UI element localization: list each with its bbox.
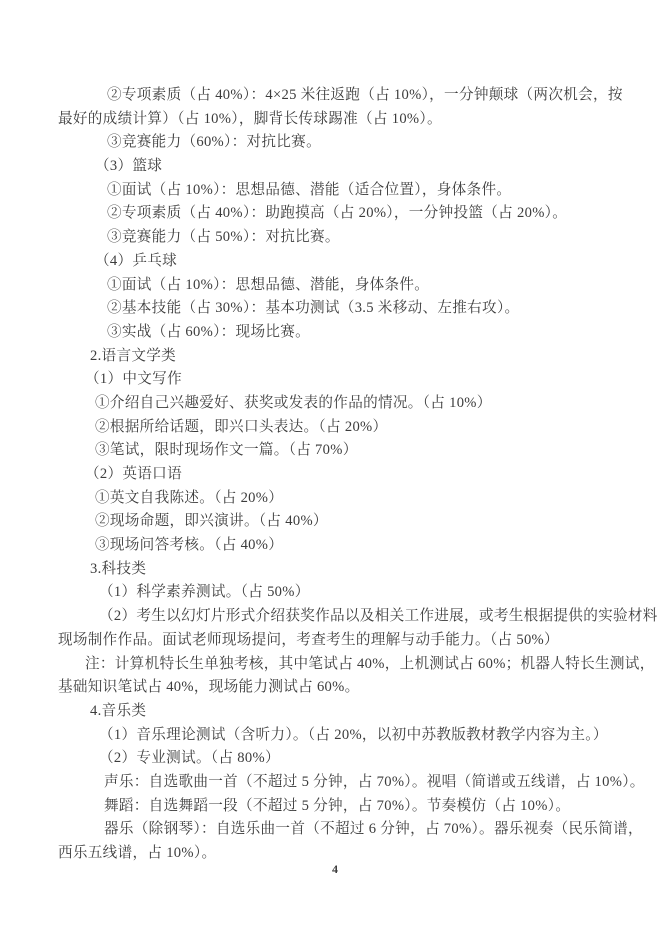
document-line: （4）乒乓球 <box>58 250 618 274</box>
document-line: 器乐（除钢琴）：自选乐曲一首（不超过 6 分钟，占 70%）。器乐视奏（民乐简谱… <box>58 818 618 842</box>
document-line: （1）音乐理论测试（含听力）。（占 20%，以初中苏教版教材教学内容为主。） <box>58 724 618 748</box>
document-line: ①面试（占 10%）：思想品德、潜能，身体条件。 <box>58 274 618 298</box>
document-line: ③竞赛能力（60%）：对抗比赛。 <box>58 131 618 155</box>
document-line: ③现场问答考核。（占 40%） <box>58 534 618 558</box>
document-body: ②专项素质（占 40%）：4×25 米往返跑（占 10%），一分钟颠球（两次机会… <box>58 84 618 866</box>
page-number: 4 <box>0 862 670 877</box>
document-line: 基础知识笔试占 40%，现场能力测试占 60%。 <box>58 676 618 700</box>
document-line: ③笔试，限时现场作文一篇。（占 70%） <box>58 439 618 463</box>
document-line: （1）科学素养测试。（占 50%） <box>58 581 618 605</box>
document-line: 4.音乐类 <box>58 700 618 724</box>
document-line: （2）英语口语 <box>58 463 618 487</box>
document-line: ①介绍自己兴趣爱好、获奖或发表的作品的情况。（占 10%） <box>58 392 618 416</box>
document-line: 现场制作作品。面试老师现场提问，考查考生的理解与动手能力。（占 50%） <box>58 629 618 653</box>
document-line: ②现场命题，即兴演讲。（占 40%） <box>58 510 618 534</box>
document-page: ②专项素质（占 40%）：4×25 米往返跑（占 10%），一分钟颠球（两次机会… <box>0 0 670 947</box>
document-line: 最好的成绩计算）（占 10%），脚背长传球踢准（占 10%）。 <box>58 108 618 132</box>
document-line: ③实战（占 60%）：现场比赛。 <box>58 321 618 345</box>
document-line: ③竞赛能力（占 50%）：对抗比赛。 <box>58 226 618 250</box>
document-line: 3.科技类 <box>58 558 618 582</box>
document-line: ②基本技能（占 30%）：基本功测试（3.5 米移动、左推右攻）。 <box>58 297 618 321</box>
document-line: 注：计算机特长生单独考核，其中笔试占 40%，上机测试占 60%；机器人特长生测… <box>58 653 618 677</box>
document-line: 舞蹈：自选舞蹈一段（不超过 5 分钟，占 70%）。节奏模仿（占 10%）。 <box>58 795 618 819</box>
document-line: （2）专业测试。（占 80%） <box>58 747 618 771</box>
document-line: （3）篮球 <box>58 155 618 179</box>
document-line: ②根据所给话题，即兴口头表达。（占 20%） <box>58 416 618 440</box>
document-line: 声乐：自选歌曲一首（不超过 5 分钟，占 70%）。视唱（简谱或五线谱，占 10… <box>58 771 618 795</box>
document-line: 2.语言文学类 <box>58 345 618 369</box>
document-line: ①面试（占 10%）：思想品德、潜能（适合位置），身体条件。 <box>58 179 618 203</box>
document-line: （1）中文写作 <box>58 368 618 392</box>
document-line: ①英文自我陈述。（占 20%） <box>58 487 618 511</box>
document-line: ②专项素质（占 40%）：4×25 米往返跑（占 10%），一分钟颠球（两次机会… <box>58 84 618 108</box>
document-line: ②专项素质（占 40%）：助跑摸高（占 20%），一分钟投篮（占 20%）。 <box>58 202 618 226</box>
document-line: （2）考生以幻灯片形式介绍获奖作品以及相关工作进展，或考生根据提供的实验材料 <box>58 605 618 629</box>
